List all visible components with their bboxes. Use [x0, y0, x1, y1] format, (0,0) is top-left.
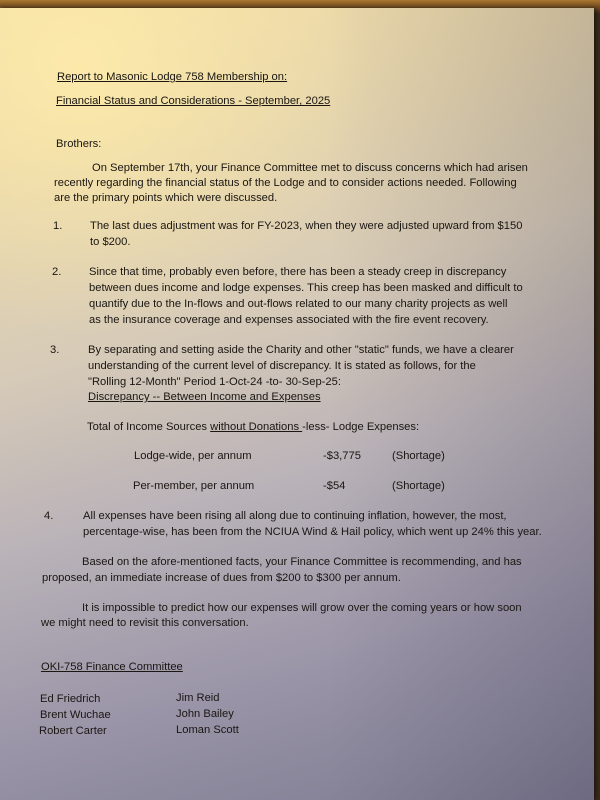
- member-right-1: Jim Reid: [176, 690, 220, 706]
- closing-line-1: It is impossible to predict how our expe…: [82, 600, 522, 616]
- member-right-3: Loman Scott: [176, 722, 239, 738]
- point-2-line-4: as the insurance coverage and expenses a…: [89, 312, 489, 328]
- member-right-2: John Bailey: [176, 706, 234, 722]
- photo-background: Report to Masonic Lodge 758 Membership o…: [0, 0, 600, 800]
- point-3-line-1: By separating and setting aside the Char…: [88, 342, 514, 358]
- member-left-2: Brent Wuchae: [40, 707, 111, 723]
- row-lodge-wide-amount: -$3,775: [323, 448, 361, 464]
- discrepancy-heading: Discrepancy -- Between Income and Expens…: [88, 389, 321, 405]
- salutation: Brothers:: [56, 136, 101, 152]
- point-4-line-1: All expenses have been rising all along …: [83, 508, 507, 524]
- report-title-line-1: Report to Masonic Lodge 758 Membership o…: [57, 69, 287, 85]
- recommendation-line-1: Based on the afore-mentioned facts, your…: [82, 554, 522, 570]
- row-per-member-label: Per-member, per annum: [133, 478, 254, 494]
- point-3-line-2: understanding of the current level of di…: [88, 358, 476, 374]
- total-suffix: -less- Lodge Expenses:: [302, 421, 419, 433]
- point-4-number: 4.: [44, 508, 53, 524]
- point-1-line-2: to $200.: [90, 234, 130, 250]
- row-per-member-note: (Shortage): [392, 478, 445, 494]
- point-2-line-3: quantify due to the In-flows and out-flo…: [89, 296, 508, 312]
- point-1-line-1: The last dues adjustment was for FY-2023…: [90, 218, 522, 234]
- row-lodge-wide-note: (Shortage): [392, 448, 445, 464]
- report-title-line-2: Financial Status and Considerations - Se…: [56, 93, 330, 109]
- point-2-line-1: Since that time, probably even before, t…: [89, 264, 506, 280]
- point-3-number: 3.: [50, 342, 59, 358]
- intro-line-1: On September 17th, your Finance Committe…: [92, 160, 528, 176]
- point-2-number: 2.: [52, 264, 61, 280]
- intro-line-2: recently regarding the financial status …: [54, 175, 517, 191]
- point-4-line-2: percentage-wise, has been from the NCIUA…: [83, 524, 542, 540]
- member-left-1: Ed Friedrich: [40, 691, 100, 707]
- closing-line-2: we might need to revisit this conversati…: [41, 615, 249, 631]
- discrepancy-total-line: Total of Income Sources without Donation…: [87, 419, 419, 435]
- document: Report to Masonic Lodge 758 Membership o…: [0, 0, 600, 800]
- point-3-line-3: "Rolling 12-Month" Period 1-Oct-24 -to- …: [88, 374, 341, 390]
- row-per-member-amount: -$54: [323, 478, 345, 494]
- point-1-number: 1.: [53, 218, 62, 234]
- recommendation-line-2: proposed, an immediate increase of dues …: [42, 570, 401, 586]
- total-underlined: without Donations: [210, 421, 302, 433]
- total-prefix: Total of Income Sources: [87, 421, 210, 433]
- intro-line-3: are the primary points which were discus…: [54, 190, 277, 206]
- member-left-3: Robert Carter: [39, 723, 107, 739]
- committee-name: OKI-758 Finance Committee: [41, 659, 183, 675]
- point-2-line-2: between dues income and lodge expenses. …: [89, 280, 523, 296]
- row-lodge-wide-label: Lodge-wide, per annum: [134, 448, 252, 464]
